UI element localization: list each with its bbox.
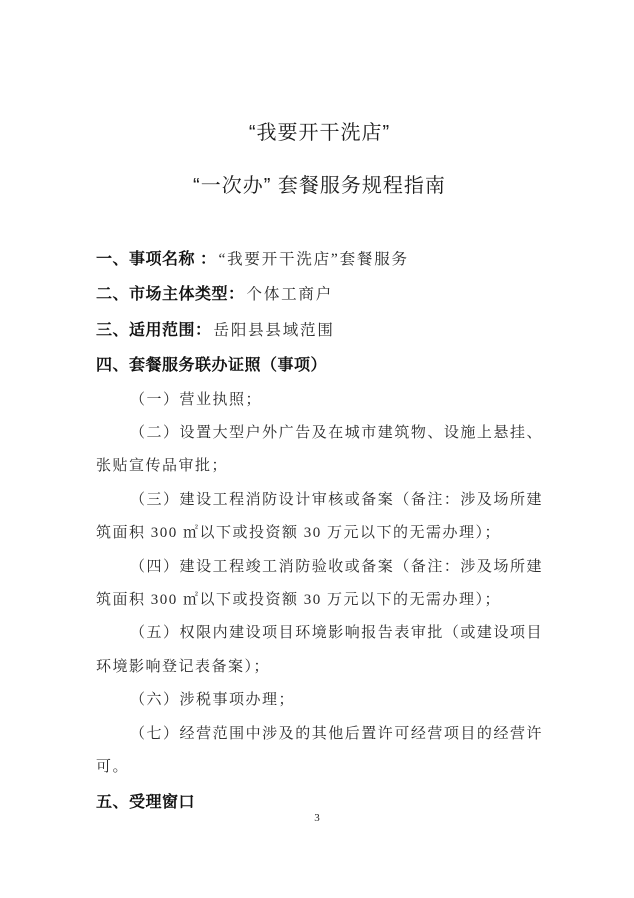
section-item-name: 一、事项名称 ：“我要开干洗店”套餐服务 bbox=[96, 242, 543, 277]
document-title-line2: “一次办” 套餐服务规程指南 bbox=[96, 174, 543, 198]
list-item: （六）涉税事项办理； bbox=[96, 684, 543, 717]
section-label: 一、事项名称 ： bbox=[96, 251, 216, 268]
section-label: 四、套餐服务联办证照（事项） bbox=[96, 357, 327, 374]
section-list: 一、事项名称 ：“我要开干洗店”套餐服务 二、市场主体类型：个体工商户 三、适用… bbox=[96, 242, 543, 384]
list-item: （一）营业执照； bbox=[96, 384, 543, 417]
list-item: （四）建设工程竣工消防验收或备案（备注：涉及场所建筑面积 300 ㎡以下或投资额… bbox=[96, 551, 543, 618]
document-page: “我要开干洗店” “一次办” 套餐服务规程指南 一、事项名称 ：“我要开干洗店”… bbox=[0, 0, 634, 898]
list-item: （五）权限内建设项目环境影响报告表审批（或建设项目环境影响登记表备案）； bbox=[96, 617, 543, 684]
section-market-entity-type: 二、市场主体类型：个体工商户 bbox=[96, 277, 543, 312]
section-value: “我要开干洗店”套餐服务 bbox=[218, 251, 408, 268]
section-value: 岳阳县县域范围 bbox=[214, 322, 335, 339]
section-package-licenses: 四、套餐服务联办证照（事项） bbox=[96, 348, 543, 383]
license-item-list: （一）营业执照； （二）设置大型户外广告及在城市建筑物、设施上悬挂、张贴宣传品审… bbox=[96, 384, 543, 785]
document-title-line1: “我要开干洗店” bbox=[96, 121, 543, 145]
list-item: （二）设置大型户外广告及在城市建筑物、设施上悬挂、张贴宣传品审批； bbox=[96, 417, 543, 484]
list-item: （七）经营范围中涉及的其他后置许可经营项目的经营许可。 bbox=[96, 718, 543, 785]
page-number: 3 bbox=[0, 812, 634, 824]
section-value: 个体工商户 bbox=[247, 286, 334, 303]
section-label: 二、市场主体类型： bbox=[96, 286, 245, 303]
document-content: “我要开干洗店” “一次办” 套餐服务规程指南 一、事项名称 ：“我要开干洗店”… bbox=[0, 0, 634, 820]
section-label: 三、适用范围： bbox=[96, 322, 212, 339]
section-applicable-scope: 三、适用范围：岳阳县县域范围 bbox=[96, 313, 543, 348]
list-item: （三）建设工程消防设计审核或备案（备注：涉及场所建筑面积 300 ㎡以下或投资额… bbox=[96, 484, 543, 551]
